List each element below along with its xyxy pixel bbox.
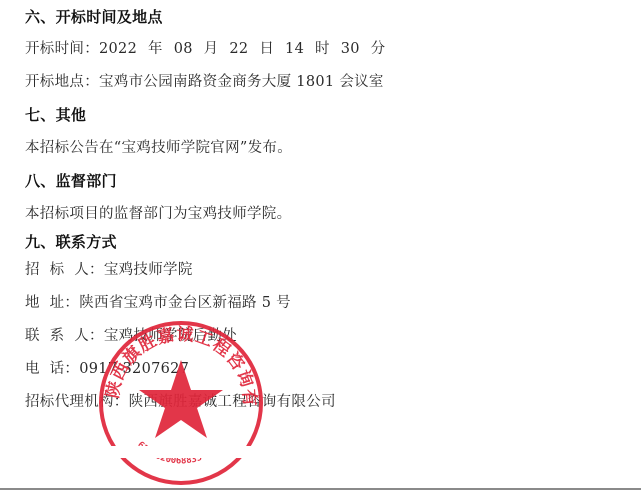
seal-gap bbox=[90, 446, 280, 458]
section-heading-other: 七、其他 bbox=[25, 106, 86, 124]
supervision-line: 本招标项目的监督部门为宝鸡技师学院。 bbox=[25, 205, 291, 223]
section-heading-opening-time-place: 六、开标时间及地点 bbox=[25, 8, 163, 26]
opening-place-line: 开标地点：宝鸡市公园南路资金商务大厦 1801 会议室 bbox=[25, 73, 384, 91]
document-page: 六、开标时间及地点 开标时间：2022 年 08 月 22 日 14 时 30 … bbox=[0, 0, 641, 488]
section-heading-contact: 九、联系方式 bbox=[25, 233, 117, 251]
agency-line: 招标代理机构：陕西旗胜嘉诚工程咨询有限公司 bbox=[25, 393, 336, 411]
contact-person-line: 联 系 人：宝鸡技师学院后勤处 bbox=[25, 327, 237, 345]
address-line: 地 址：陕西省宝鸡市金台区新福路 5 号 bbox=[25, 294, 291, 312]
tenderer-line: 招 标 人：宝鸡技师学院 bbox=[25, 261, 193, 279]
phone-line: 电 话：0917-3207627 bbox=[25, 360, 189, 378]
section-heading-supervision: 八、监督部门 bbox=[25, 172, 117, 190]
opening-time-line: 开标时间：2022 年 08 月 22 日 14 时 30 分 bbox=[25, 40, 386, 58]
publication-notice-line: 本招标公告在“宝鸡技师学院官网”发布。 bbox=[25, 139, 292, 157]
